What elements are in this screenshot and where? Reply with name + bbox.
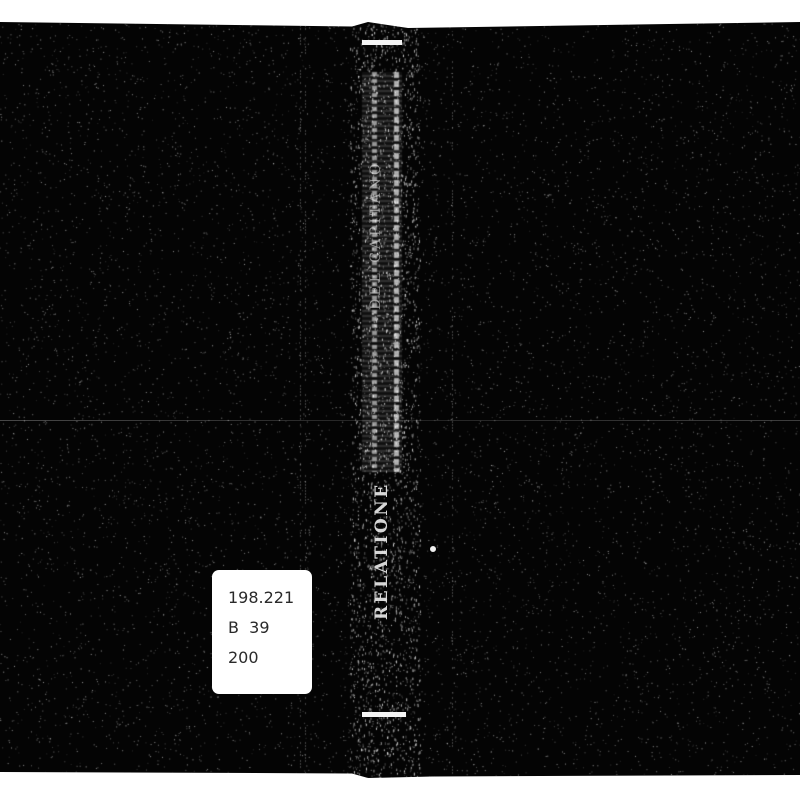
cover-spot — [430, 546, 436, 552]
spine-top-band — [362, 40, 402, 45]
call-number-cutter: B 39 — [228, 620, 312, 650]
spine-title: RELATIONE — [372, 482, 392, 620]
book-cover-scan: DEL CAPITANO RELATIONE 198.221 B 39 200 — [0, 0, 800, 800]
library-call-number-label: 198.221 B 39 200 — [212, 570, 312, 694]
spine-worn-text: DEL CAPITANO — [368, 161, 384, 310]
call-number-volume: 200 — [228, 650, 312, 680]
call-number-class: 198.221 — [228, 590, 312, 620]
spine-bottom-band — [362, 712, 406, 717]
